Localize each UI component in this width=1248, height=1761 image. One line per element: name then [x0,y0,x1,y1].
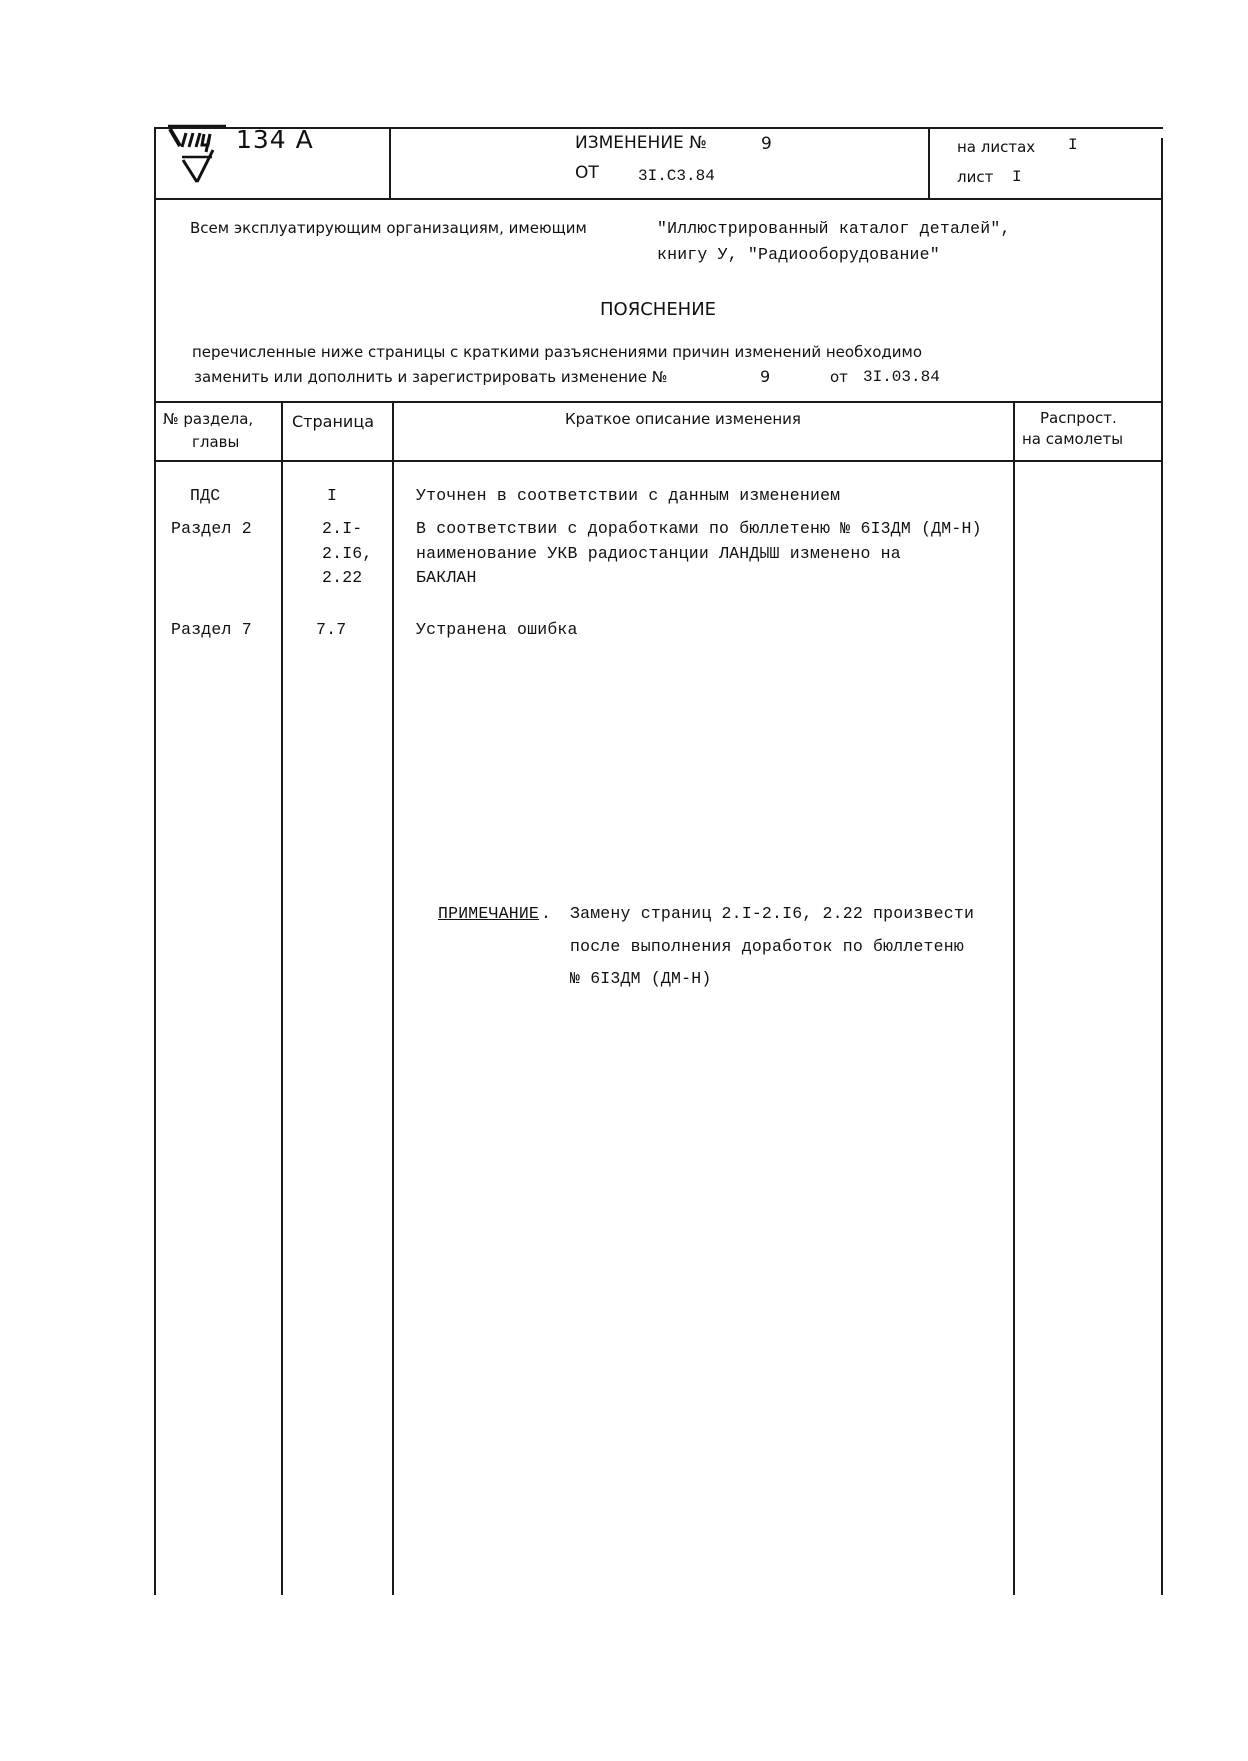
frame-left-border [154,127,156,1595]
row-page: 2.I6, [322,544,373,563]
explanation-line2: заменить или дополнить и зарегистрироват… [194,368,667,386]
note-label: ПРИМЕЧАНИЕ [438,904,539,923]
frame-right-border [1161,138,1163,1595]
header-divider-1 [389,127,391,199]
addressee-text: Всем эксплуатирующим организациям, имеющ… [190,219,587,237]
sheet-label: лист [957,168,993,186]
sheet-value: I [1012,168,1022,186]
change-number: 9 [761,134,772,154]
row-page: 7.7 [316,620,346,639]
row-section: Раздел 7 [171,620,252,639]
date-label: ОТ [575,163,599,183]
explanation-from-label: от [830,368,848,386]
explanation-line1: перечисленные ниже страницы с краткими р… [192,343,922,361]
row-description: Устранена ошибка [416,620,578,639]
row-section: ПДС [190,486,220,505]
column-divider-3 [1013,401,1015,1595]
row-description: Уточнен в соответствии с данным изменени… [416,486,840,505]
sheets-label: на листах [957,138,1035,156]
note-line1: Замену страниц 2.I-2.I6, 2.22 произвести [570,904,974,923]
change-label: ИЗМЕНЕНИЕ № [575,133,707,153]
table-header-top-border [155,401,1163,403]
sheets-value: I [1068,136,1078,154]
row-section: Раздел 2 [171,519,252,538]
column-header-section: № раздела, [163,410,253,428]
header-divider-2 [928,127,930,199]
explanation-date: 3I.03.84 [863,368,940,386]
catalog-title-line2: книгу У, "Радиооборудование" [657,245,940,264]
explanation-change-number: 9 [760,367,770,386]
header-bottom-border [155,198,1163,200]
note-line3: № 6I3ДМ (ДМ-Н) [570,969,711,988]
column-header-page: Страница [292,412,374,431]
note-line2: после выполнения доработок по бюллетеню [570,937,964,956]
explanation-title: ПОЯСНЕНИЕ [600,299,716,320]
row-description: В соответствии с доработками по бюллетен… [416,519,982,538]
column-divider-1 [281,401,283,1595]
row-page: I [327,486,337,505]
column-header-aircraft: Распрост. [1040,409,1117,427]
triangle-logo-icon [166,120,228,192]
table-header-bottom-border [155,460,1163,462]
row-page: 2.I- [322,519,362,538]
change-date: 3I.C3.84 [638,167,715,185]
catalog-title-line1: "Иллюстрированный каталог деталей", [657,219,1011,238]
column-header-section-2: главы [192,433,239,451]
row-page: 2.22 [322,568,362,587]
document-code: 134 А [236,125,314,154]
column-divider-2 [392,401,394,1595]
column-header-aircraft-2: на самолеты [1022,430,1123,448]
row-description: БАКЛАН [416,568,477,587]
column-header-description: Краткое описание изменения [565,410,801,428]
row-description: наименование УКВ радиостанции ЛАНДЫШ изм… [416,544,901,563]
note-label-punct: . [541,904,551,923]
